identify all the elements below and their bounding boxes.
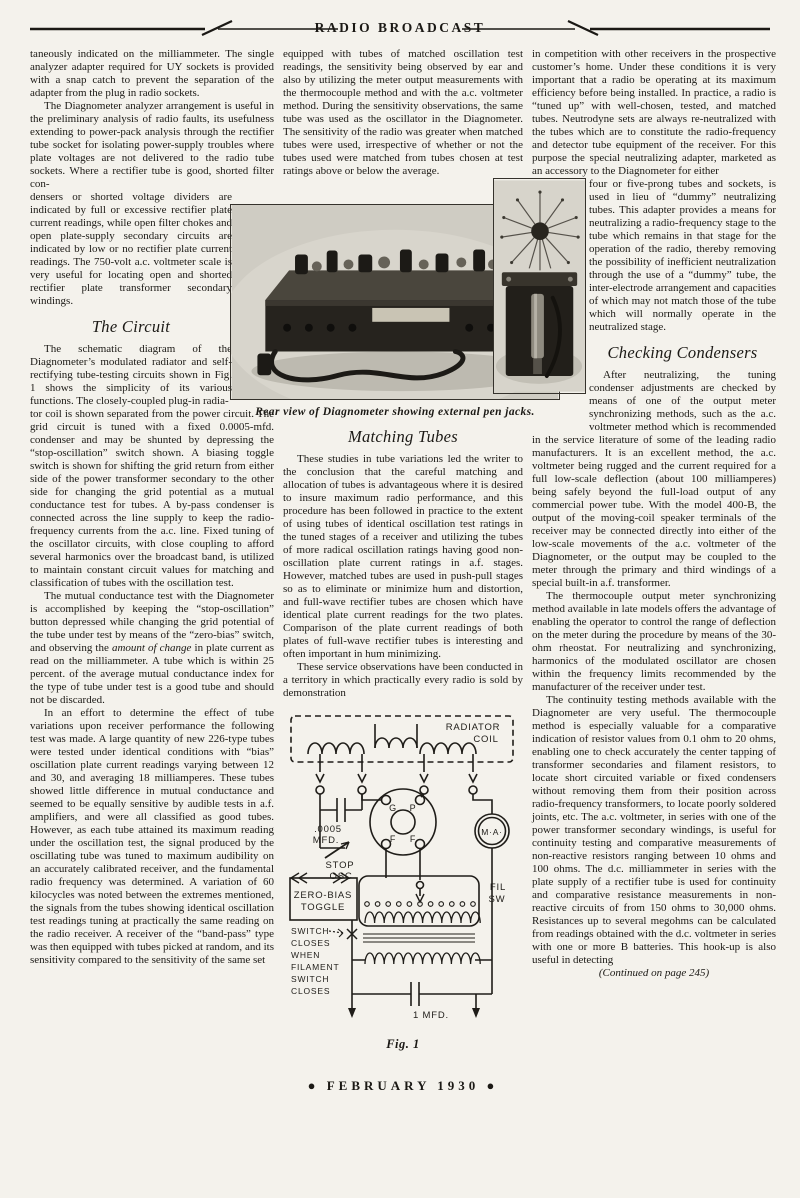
middle-column: equipped with tubes of matched oscillati… <box>283 48 523 1094</box>
label-radiator-coil: RADIATOR <box>446 722 501 733</box>
svg-text:FILAMENT: FILAMENT <box>291 962 339 972</box>
label-fil-sw: FIL <box>490 882 506 893</box>
page-title: RADIO BROADCAST <box>0 20 800 36</box>
section-heading-matching-tubes: Matching Tubes <box>283 427 523 447</box>
svg-text:SW: SW <box>489 894 506 905</box>
paragraph: in competition with other receivers in t… <box>532 48 776 178</box>
section-heading-the-circuit: The Circuit <box>30 317 232 337</box>
label-stop-osc: STOP <box>326 860 355 871</box>
paragraph: The schematic diagram of the Diagnometer… <box>30 343 232 408</box>
left-column: taneously indicated on the milliammeter.… <box>30 48 274 967</box>
neutralizing-adapter-photo <box>493 178 586 394</box>
footer-label: FEBRUARY 1930 <box>327 1078 480 1093</box>
svg-text:MFD.: MFD. <box>313 835 339 846</box>
label-zero-bias-toggle: ZERO-BIAS <box>294 890 352 901</box>
paragraph: equipped with tubes of matched oscillati… <box>283 48 523 178</box>
label-pin-f1: F <box>390 834 396 844</box>
label-switch-closes-note: SWITCH CLOSES WHEN FILAMENT SWITCH CLOSE… <box>291 926 339 996</box>
emphasized-text: amount of change <box>112 642 191 654</box>
right-column-wrap-section: four or five-prong tubes and sockets, is… <box>532 178 776 590</box>
photo-caption: Rear view of Diagnometer showing externa… <box>230 406 560 418</box>
svg-text:OSC: OSC <box>330 871 353 882</box>
svg-text:TOGGLE: TOGGLE <box>301 902 345 913</box>
figure-caption: Fig. 1 <box>283 1037 523 1052</box>
magazine-page: { "header": { "title": "RADIO BROADCAST"… <box>0 0 800 1198</box>
label-0005-mfd: .0005 <box>314 824 342 835</box>
paragraph: taneously indicated on the milliammeter.… <box>30 48 274 100</box>
footer-dot: ● <box>308 1078 320 1093</box>
label-pin-p: P <box>410 803 417 813</box>
footer-issue-date: ● FEBRUARY 1930 ● <box>283 1078 523 1094</box>
paragraph: The continuity testing methods available… <box>532 694 776 967</box>
svg-text:CLOSES: CLOSES <box>291 938 330 948</box>
paragraph: tor coil is shown separated from the pow… <box>30 408 274 590</box>
svg-text:CLOSES: CLOSES <box>291 986 330 996</box>
svg-text:WHEN: WHEN <box>291 950 320 960</box>
continued-note: (Continued on page 245) <box>532 967 776 980</box>
masthead: RADIO BROADCAST <box>0 12 800 46</box>
paragraph: These studies in tube variations led the… <box>283 453 523 661</box>
paragraph: densers or shorted voltage dividers are … <box>30 191 232 308</box>
svg-text:SWITCH: SWITCH <box>291 926 329 936</box>
paragraph: In an effort to determine the effect of … <box>30 707 274 967</box>
paragraph: The mutual conductance test with the Dia… <box>30 590 274 707</box>
paragraph: These service observations have been con… <box>283 661 523 700</box>
paragraph: The thermocouple output meter synchroniz… <box>532 590 776 694</box>
paragraph: The Diagnometer analyzer arrangement is … <box>30 100 274 191</box>
right-column: in competition with other receivers in t… <box>532 48 776 980</box>
label-1-mfd: 1 MFD. <box>413 1010 449 1021</box>
left-column-narrow-section: densers or shorted voltage dividers are … <box>30 191 232 408</box>
label-milliammeter: M·A· <box>481 827 503 837</box>
svg-text:COIL: COIL <box>473 734 498 745</box>
figure-1: RADIATOR COIL .0005 MFD. STOP OSC ZERO-B… <box>283 710 523 1052</box>
footer-dot: ● <box>487 1078 499 1093</box>
label-pin-g: G <box>389 803 397 813</box>
label-pin-f2: F <box>410 834 416 844</box>
svg-text:SWITCH: SWITCH <box>291 974 329 984</box>
